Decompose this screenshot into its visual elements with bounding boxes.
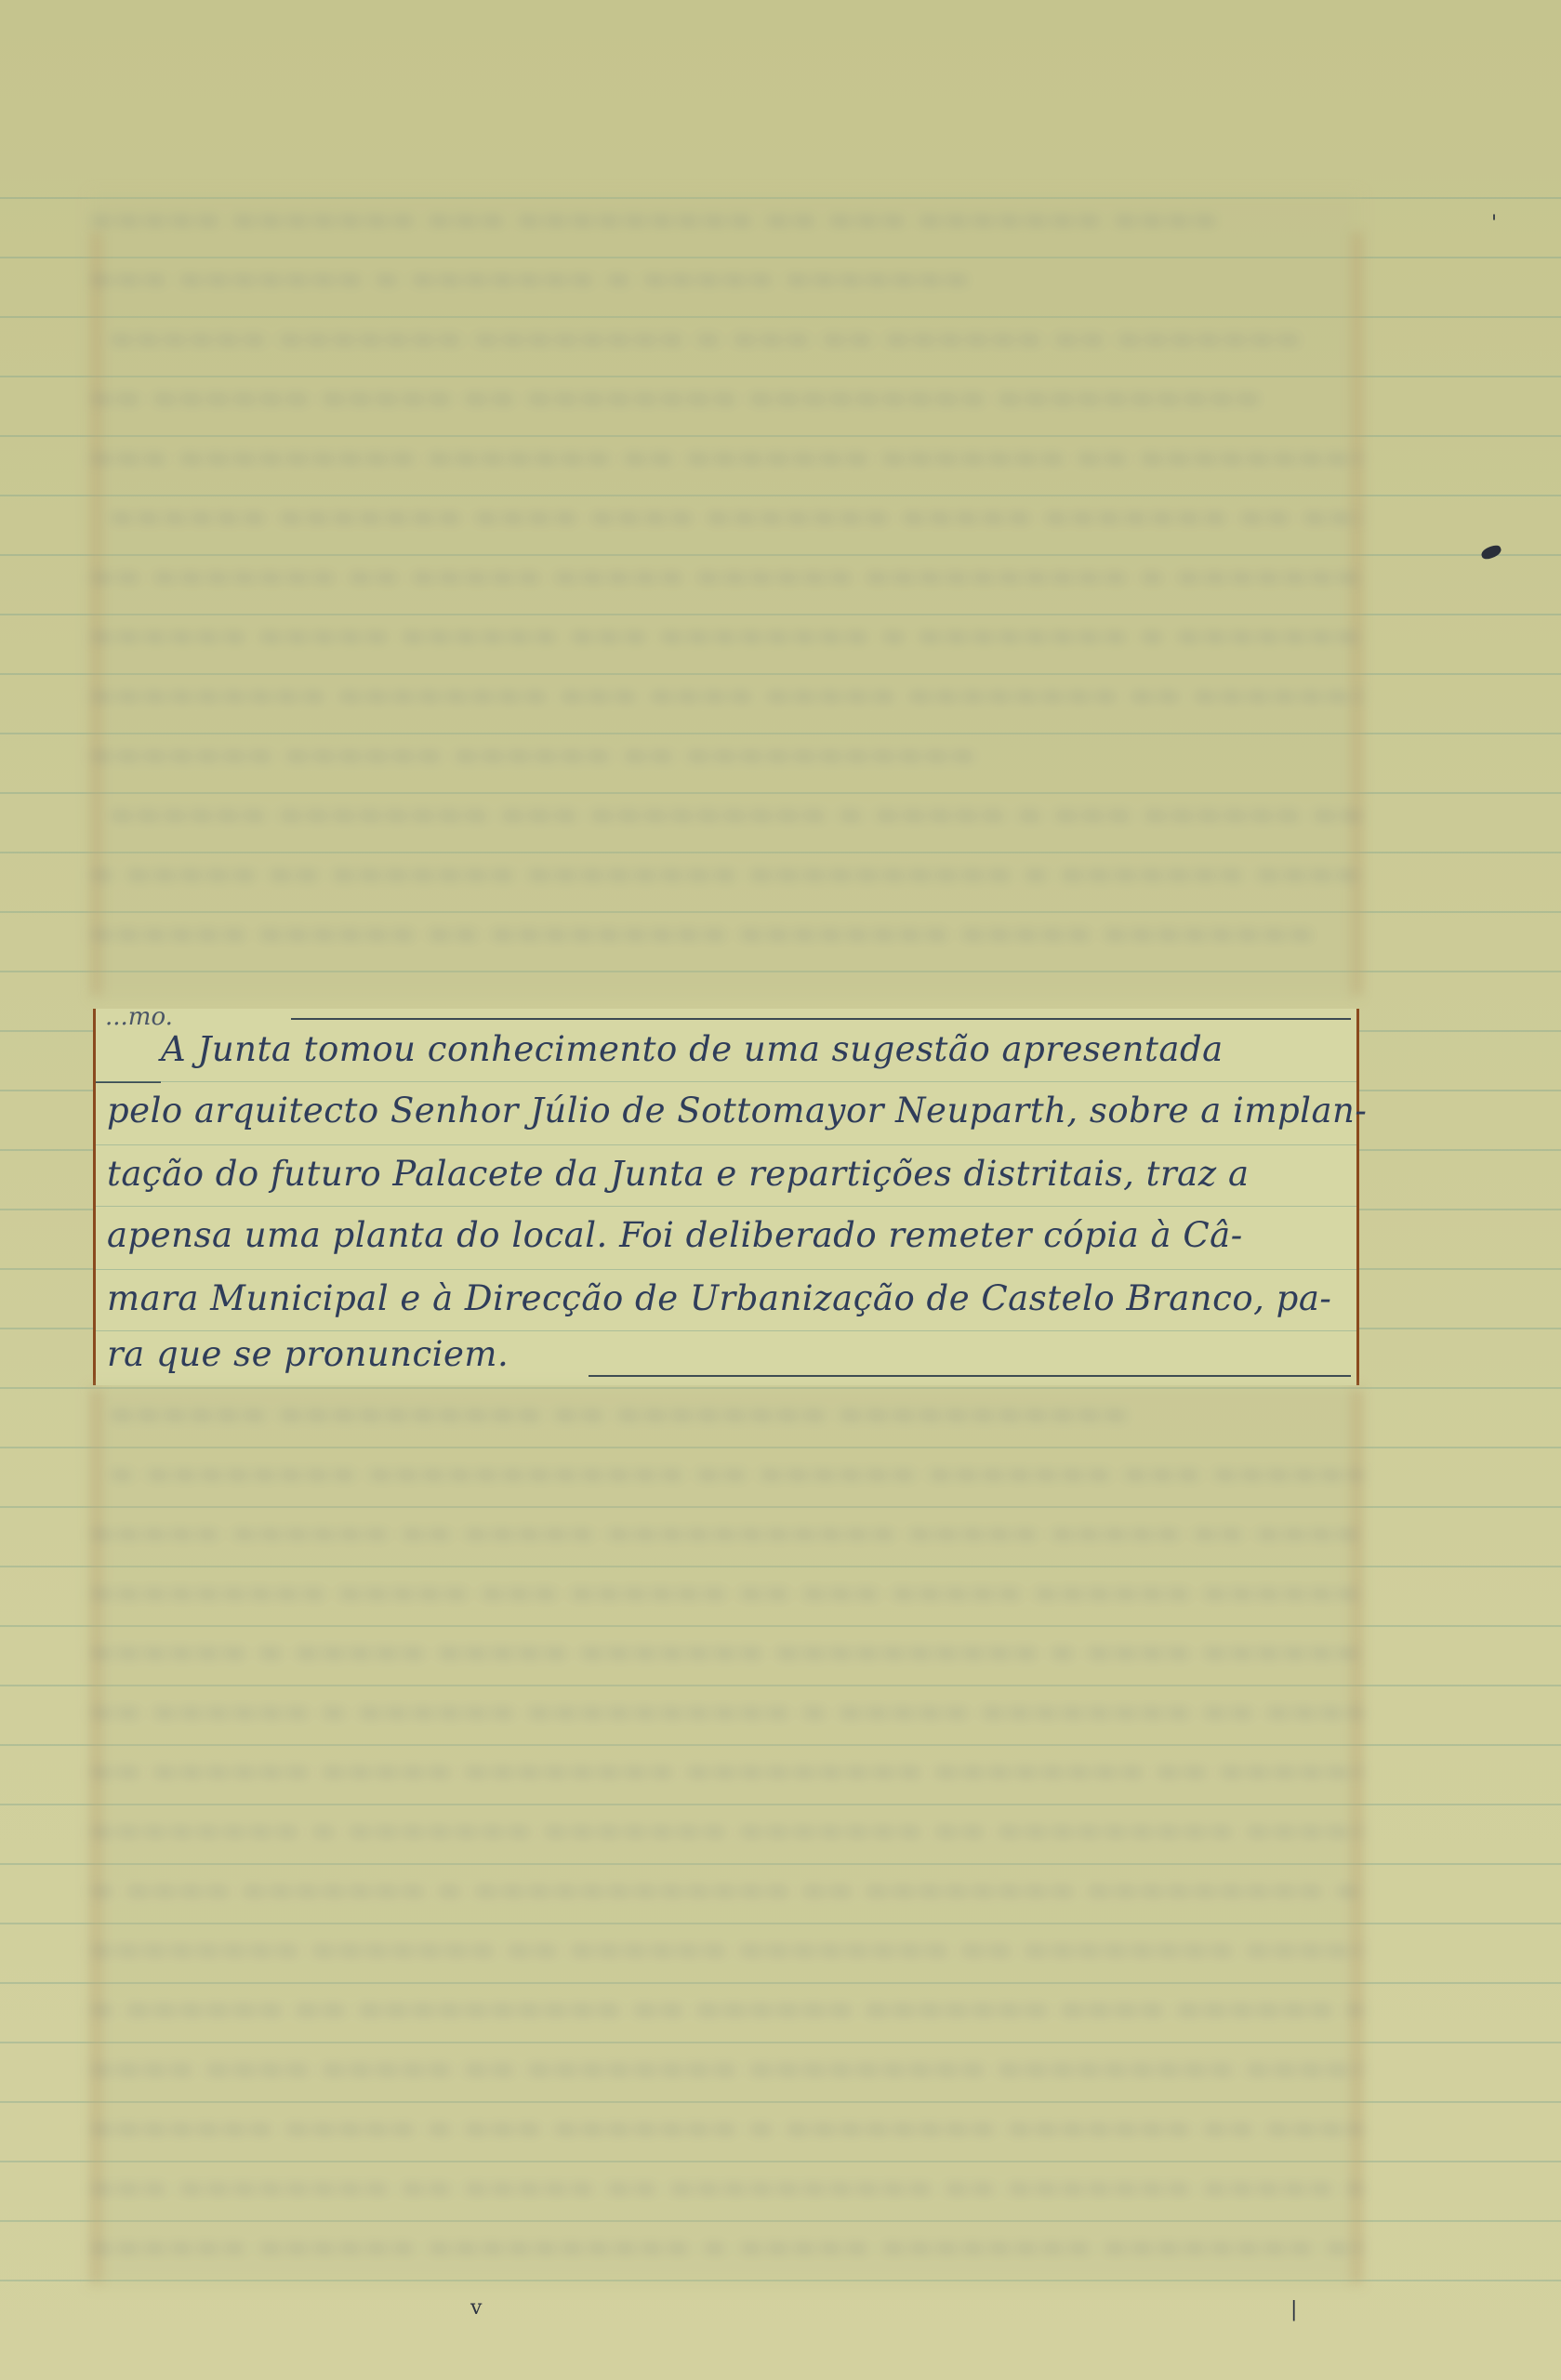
ledger-page: ~~~~~ ~~~~~~~ ~~~ ~~~~~~~~~ ~~ ~~~ ~~~~~…	[0, 0, 1561, 2380]
guide-line	[96, 1081, 1356, 1082]
stray-mark: |	[1290, 2298, 1297, 2321]
redacted-text-top: ~~~~~ ~~~~~~~ ~~~ ~~~~~~~~~ ~~ ~~~ ~~~~~…	[88, 191, 1362, 999]
redacted-text-bottom: ~~~~~~ ~~~~~~~~~~ ~~ ~~~~~~~~ ~~~~~~~~~~…	[88, 1385, 1362, 2287]
guide-line	[96, 1144, 1356, 1145]
entry-end-rule	[589, 1375, 1351, 1377]
stray-mark: v	[470, 2296, 482, 2320]
previous-entry-tail: ...mo.	[105, 1003, 173, 1031]
entry-line-6: ra que se pronunciem.	[107, 1334, 1345, 1374]
handwritten-entry: ...mo. A Junta tomou conhecimento de uma…	[93, 1009, 1359, 1385]
entry-line-5: mara Municipal e à Direcção de Urbanizaç…	[107, 1278, 1345, 1318]
entry-top-rule	[291, 1018, 1351, 1020]
entry-line-2: pelo arquitecto Senhor Júlio de Sottomay…	[107, 1091, 1345, 1130]
guide-line	[96, 1206, 1356, 1207]
guide-line	[96, 1269, 1356, 1270]
entry-line-4: apensa uma planta do local. Foi delibera…	[107, 1215, 1345, 1255]
stray-mark: '	[1491, 212, 1497, 235]
entry-line-3: tação do futuro Palacete da Junta e repa…	[107, 1154, 1345, 1194]
entry-line-1: A Junta tomou conhecimento de uma sugest…	[161, 1029, 1345, 1069]
guide-line	[96, 1330, 1356, 1331]
